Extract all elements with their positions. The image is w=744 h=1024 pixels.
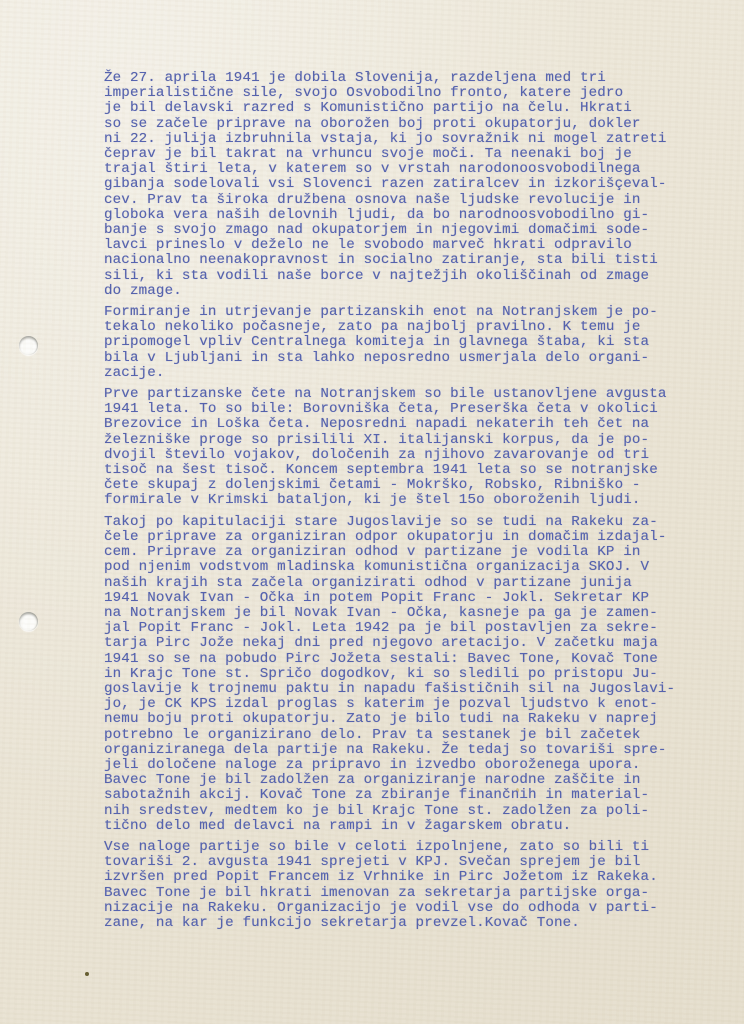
paragraph-4: Takoj po kapitulaciji stare Jugoslavije … [104,515,689,834]
paragraph-5: Vse naloge partije so bile v celoti izpo… [104,840,689,931]
paragraph-2: Formiranje in utrjevanje partizanskih en… [104,305,689,381]
paper-speck [85,972,89,976]
punch-hole-top [19,336,38,355]
punch-hole-bottom [19,612,38,631]
paragraph-1: Že 27. aprila 1941 je dobila Slovenija, … [104,71,689,299]
scanned-paper-page: Že 27. aprila 1941 je dobila Slovenija, … [0,0,744,1024]
typewritten-text-block: Že 27. aprila 1941 je dobila Slovenija, … [104,71,689,937]
paragraph-3: Prve partizanske čete na Notranjskem so … [104,387,689,509]
